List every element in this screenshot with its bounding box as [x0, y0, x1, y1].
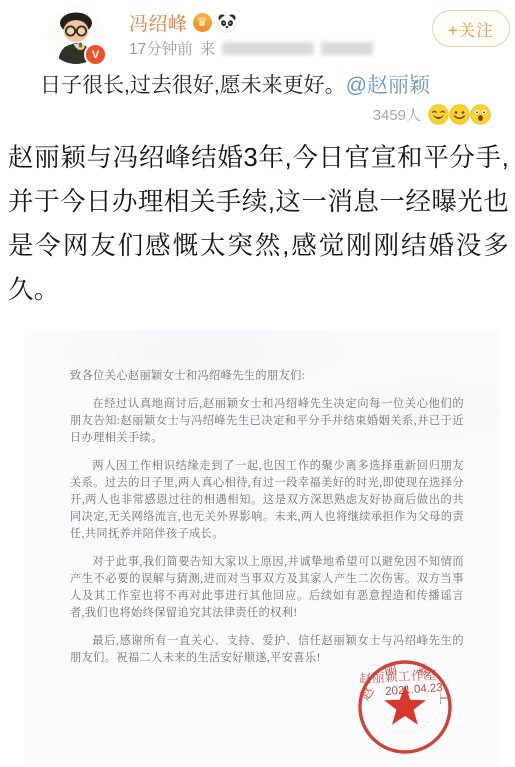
- svg-text:··············: ··············: [379, 718, 432, 736]
- statement-letter-image[interactable]: 致各位关心赵丽颖女士和冯绍峰先生的朋友们: 在经过认真地商讨后,赵丽颖女士和冯绍…: [25, 330, 500, 767]
- signature-block: 赵丽颖工作室 2021.04.23 赵丽颖工作室 ··············: [305, 650, 485, 767]
- post-text-body: 日子很长,过去很好,愿未来更好。: [40, 74, 346, 97]
- membership-crown-icon: ♛: [193, 13, 212, 32]
- news-commentary-text: 赵丽颖与冯绍峰结婚3年,今日官宣和平分手,并于今日办理相关手续,这一消息一经曝光…: [8, 136, 509, 312]
- mention-link[interactable]: @赵丽颖: [346, 74, 430, 97]
- panda-icon: [217, 13, 237, 33]
- letter-paragraph: 对于此事,我们简要告知大家以上原因,并诚挚地希望可以避免因不知情而产生不必要的误…: [70, 554, 464, 622]
- verified-badge-icon: V: [84, 43, 107, 66]
- blurred-source-text: [222, 42, 314, 55]
- avatar[interactable]: V: [47, 6, 105, 64]
- letter-body: 致各位关心赵丽颖女士和冯绍峰先生的朋友们: 在经过认真地商讨后,赵丽颖女士和冯绍…: [70, 368, 464, 678]
- letter-salutation: 致各位关心赵丽颖女士和冯绍峰先生的朋友们:: [70, 368, 464, 385]
- follow-button[interactable]: +关注: [432, 10, 510, 47]
- post-timestamp: 17分钟前: [129, 37, 193, 59]
- username[interactable]: 冯绍峰: [129, 9, 188, 36]
- reaction-count: 3459人: [373, 104, 421, 125]
- letter-paragraph: 两人因工作相识结缘走到了一起,也因工作的聚少离多选择重新回归朋友关系。过去的日子…: [70, 458, 464, 543]
- letter-paragraph: 在经过认真地商讨后,赵丽颖女士和冯绍峰先生决定向每一位关心他们的朋友告知:赵丽颖…: [70, 396, 464, 447]
- reaction-bar[interactable]: 3459人: [373, 104, 491, 125]
- post-text: 日子很长,过去很好,愿未来更好。@赵丽颖: [40, 70, 485, 101]
- blurred-source-text: [321, 42, 373, 55]
- laughing-face-emoji: [428, 104, 449, 125]
- surprised-face-emoji: [470, 104, 491, 125]
- grinning-face-emoji: [449, 104, 470, 125]
- source-prefix: 来: [200, 37, 216, 59]
- studio-seal-stamp: 赵丽颖工作室 ··············: [355, 655, 455, 755]
